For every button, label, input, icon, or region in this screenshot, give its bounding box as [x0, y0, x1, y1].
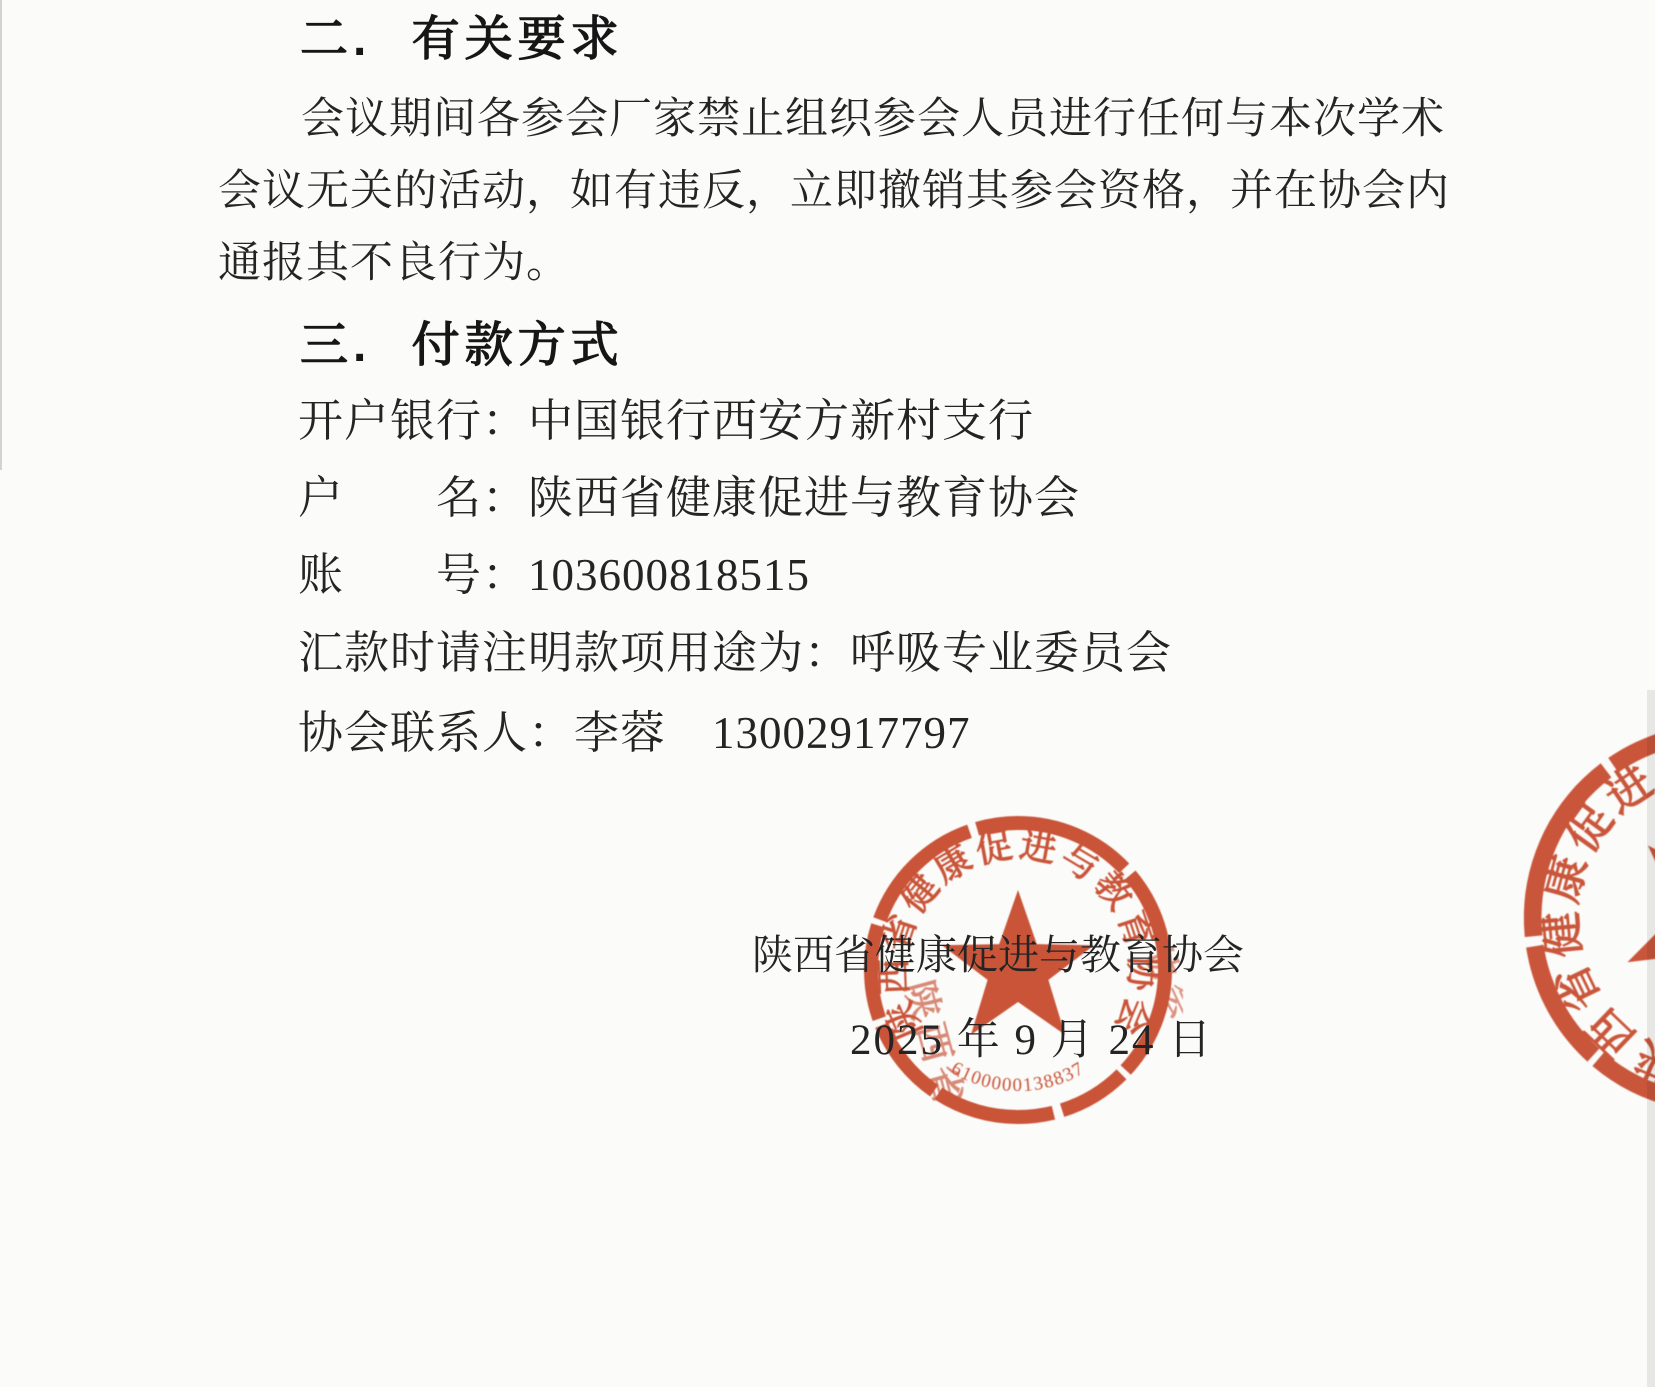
- payment-account-name-line: 户 名：陕西省健康促进与教育协会: [298, 473, 1080, 525]
- requirements-paragraph-line-3: 通报其不良行为。: [218, 239, 570, 288]
- scan-left-edge-artifact: [0, 0, 2, 470]
- payment-account-number-line: 账 号：103600818515: [298, 550, 810, 602]
- section-2-heading: 二. 有关要求: [300, 12, 624, 67]
- payment-contact-line: 协会联系人：李蓉 13002917797: [298, 708, 971, 760]
- seal-ring-text: 陕西省健康促进与教育协会: [1460, 660, 1655, 1111]
- signature-organization: 陕西省健康促进与教育协会: [752, 932, 1244, 979]
- official-seal-partial-graphic: 陕西省健康促进与教育协会 6100000138837: [1424, 624, 1655, 1212]
- section-3-heading: 三. 付款方式: [300, 318, 624, 373]
- payment-remittance-note-line: 汇款时请注明款项用途为：呼吸专业委员会: [298, 628, 1172, 680]
- signature-date: 2025 年 9 月 24 日: [850, 1016, 1213, 1065]
- requirements-paragraph-line-2: 会议无关的活动，如有违反，立即撤销其参会资格，并在协会内: [218, 167, 1450, 216]
- document-page: 二. 有关要求 会议期间各参会厂家禁止组织参会人员进行任何与本次学术 会议无关的…: [0, 0, 1655, 1387]
- official-seal-partial-right: 陕西省健康促进与教育协会 6100000138837: [1424, 624, 1655, 1212]
- requirements-paragraph-line-1: 会议期间各参会厂家禁止组织参会人员进行任何与本次学术: [301, 95, 1445, 144]
- payment-bank-line: 开户银行：中国银行西安方新村支行: [298, 396, 1034, 448]
